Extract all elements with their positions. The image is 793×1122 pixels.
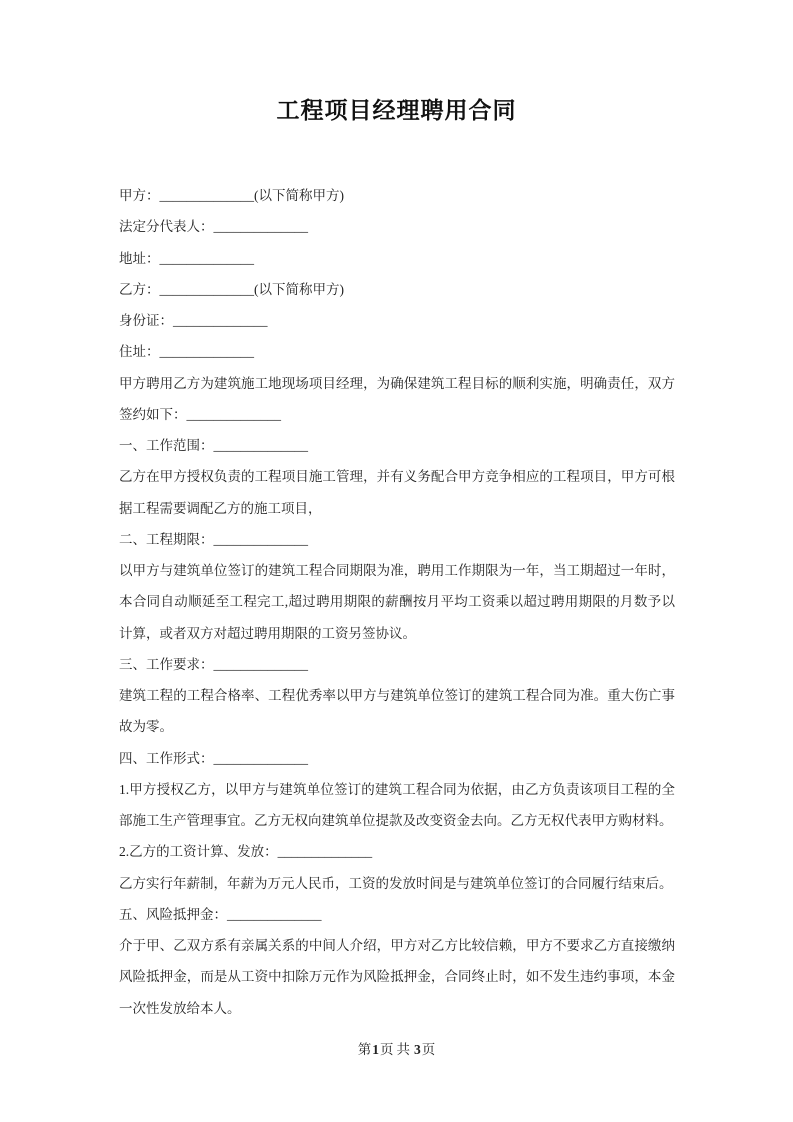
clause-1-heading: 一、工作范围：______________ (119, 430, 675, 461)
clause-4-heading: 四、工作形式：______________ (119, 743, 675, 774)
clause-3-heading: 三、工作要求：______________ (119, 649, 675, 680)
clause-1-body: 乙方在甲方授权负责的工程项目施工管理，并有义务配合甲方竞争相应的工程项目，甲方可… (119, 461, 675, 524)
clause-4-item-2-heading: 2.乙方的工资计算、发放：______________ (119, 836, 675, 867)
field-residence: 住址：______________ (119, 336, 675, 367)
clause-5-heading: 五、风险抵押金：______________ (119, 899, 675, 930)
field-address: 地址：______________ (119, 243, 675, 274)
clause-4-item-1: 1.甲方授权乙方，以甲方与建筑单位签订的建筑工程合同为依据，由乙方负责该项目工程… (119, 774, 675, 837)
preamble-paragraph: 甲方聘用乙方为建筑施工地现场项目经理，为确保建筑工程目标的顺利实施，明确责任，双… (119, 368, 675, 431)
current-page-number: 1 (371, 1042, 380, 1057)
field-id-number: 身份证：______________ (119, 305, 675, 336)
clause-2-heading: 二、工程期限：______________ (119, 524, 675, 555)
field-legal-representative: 法定分代表人：______________ (119, 211, 675, 242)
total-pages-number: 3 (413, 1042, 422, 1057)
page-unit-label: 页 (380, 1042, 394, 1057)
page-footer: 第1页共3页 (0, 1038, 793, 1062)
document-body: 甲方：______________(以下简称甲方) 法定分代表人：_______… (119, 180, 675, 1024)
page-prefix-label: 第 (358, 1042, 372, 1057)
total-unit-label: 页 (422, 1042, 436, 1057)
clause-4-item-2-body: 乙方实行年薪制，年薪为万元人民币，工资的发放时间是与建筑单位签订的合同履行结束后… (119, 868, 675, 899)
clause-2-body: 以甲方与建筑单位签订的建筑工程合同期限为准，聘用工作期限为一年，当工期超过一年时… (119, 555, 675, 649)
clause-5-body: 介于甲、乙双方系有亲属关系的中间人介绍，甲方对乙方比较信赖，甲方不要求乙方直接缴… (119, 930, 675, 1024)
document-title: 工程项目经理聘用合同 (0, 94, 793, 128)
clause-3-body: 建筑工程的工程合格率、工程优秀率以甲方与建筑单位签订的建筑工程合同为准。重大伤亡… (119, 680, 675, 743)
of-label: 共 (394, 1042, 414, 1057)
contract-document-page: 工程项目经理聘用合同 甲方：______________(以下简称甲方) 法定分… (0, 0, 793, 1122)
field-party-b: 乙方：______________(以下简称甲方) (119, 274, 675, 305)
field-party-a: 甲方：______________(以下简称甲方) (119, 180, 675, 211)
